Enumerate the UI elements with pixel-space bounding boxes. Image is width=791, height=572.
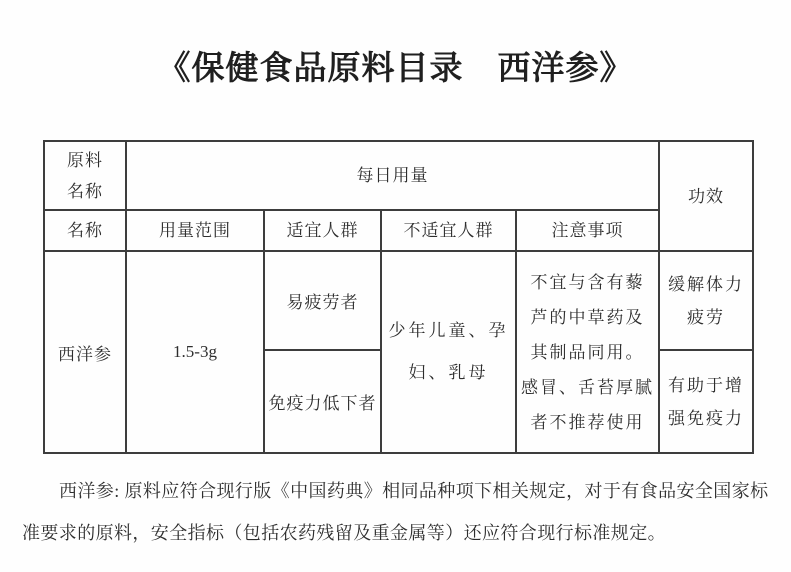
header-name: 名称 <box>44 210 126 251</box>
cell-dosage-range: 1.5-3g <box>126 251 264 453</box>
cell-efficacy-immunity: 有助于增 强免疫力 <box>659 350 753 453</box>
header-daily-dosage: 每日用量 <box>126 141 659 210</box>
cell-suitable-group-fatigue: 易疲劳者 <box>264 251 381 350</box>
footnote-paragraph: 西洋参: 原料应符合现行版《中国药典》相同品种项下相关规定，对于有食品安全国家标… <box>22 470 782 554</box>
header-efficacy: 功效 <box>659 141 753 251</box>
page-title: 《保健食品原料目录 西洋参》 <box>0 42 791 89</box>
header-dosage-range: 用量范围 <box>126 210 264 251</box>
header-precautions: 注意事项 <box>516 210 659 251</box>
raw-material-table: 原料 名称 每日用量 功效 名称 用量范围 适宜人群 不适宜人群 注意事项 西洋… <box>43 140 754 454</box>
body-row-1: 西洋参 1.5-3g 易疲劳者 少年儿童、孕 妇、乳母 不宜与含有藜 芦的中草药… <box>44 251 753 350</box>
header-suitable-group: 适宜人群 <box>264 210 381 251</box>
cell-precautions: 不宜与含有藜 芦的中草药及 其制品同用。 感冒、舌苔厚腻 者不推荐使用 <box>516 251 659 453</box>
cell-suitable-group-immunity: 免疫力低下者 <box>264 350 381 453</box>
header-row-1: 原料 名称 每日用量 功效 <box>44 141 753 210</box>
document-page: 《保健食品原料目录 西洋参》 原料 名称 每日用量 功效 名称 用量范围 适宜人… <box>0 0 791 572</box>
cell-efficacy-fatigue: 缓解体力 疲劳 <box>659 251 753 350</box>
header-unsuitable-group: 不适宜人群 <box>381 210 516 251</box>
cell-unsuitable-group: 少年儿童、孕 妇、乳母 <box>381 251 516 453</box>
cell-material-name: 西洋参 <box>44 251 126 453</box>
header-material-name: 原料 名称 <box>44 141 126 210</box>
header-row-2: 名称 用量范围 适宜人群 不适宜人群 注意事项 <box>44 210 753 251</box>
